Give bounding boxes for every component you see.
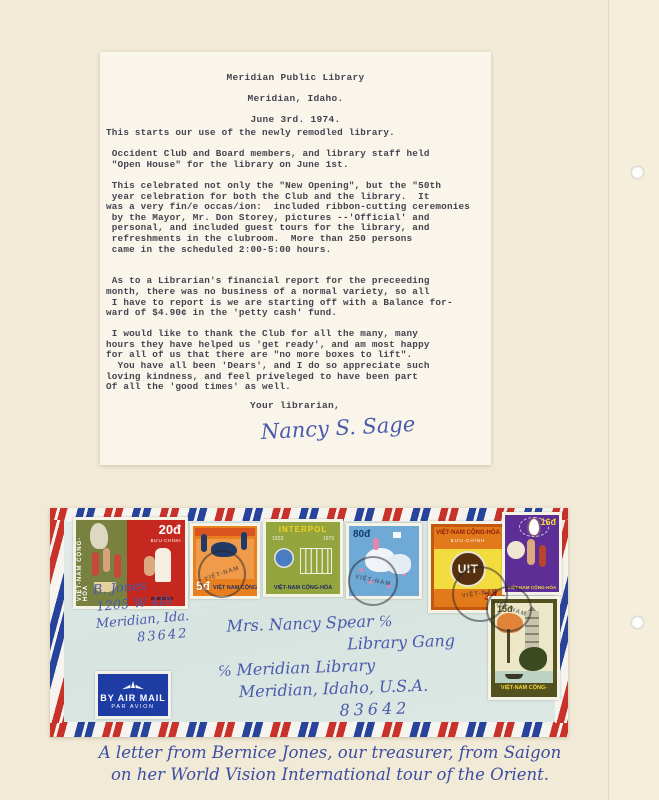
rider-icon <box>373 538 379 550</box>
caption-line-1: A letter from Bernice Jones, our treasur… <box>28 742 632 764</box>
airmail-border-left <box>50 520 64 723</box>
fan-icon <box>507 541 525 559</box>
stamp-interpol: INTERPOL 1923 1973 VIỆT-NAM CỘNG-HÒA <box>263 519 343 597</box>
globe-icon <box>274 548 294 568</box>
letter-location: Meridian, Idaho. <box>100 88 491 109</box>
letter-heading: Meridian Public Library Meridian, Idaho.… <box>100 67 491 130</box>
letter-organization: Meridian Public Library <box>100 67 491 88</box>
figure-icon <box>92 552 99 576</box>
letter-body: This starts our use of the newly remodle… <box>106 128 486 393</box>
stamp-years: 1923 1973 <box>266 536 340 542</box>
return-address: B. Jones 1205 W 4th Meridian, Ida. 83642 <box>92 574 191 650</box>
typed-letter: Meridian Public Library Meridian, Idaho.… <box>100 52 491 465</box>
hole-punch-top <box>631 166 644 179</box>
postmark-text: VIỆT-NAM <box>491 600 528 618</box>
signature: Nancy S. Sage <box>218 410 459 447</box>
par-avion-text: PAR AVION <box>111 704 154 710</box>
bush-icon <box>519 647 547 671</box>
smoke-icon <box>90 523 108 549</box>
figure-icon <box>103 548 110 572</box>
stamp-denomination: 80đ <box>353 529 370 540</box>
page-caption: A letter from Bernice Jones, our treasur… <box>28 742 632 786</box>
dancer-icon <box>527 539 535 565</box>
figure-icon <box>114 554 121 578</box>
stamp-denomination: 20đ <box>159 522 181 537</box>
stamp-service: BƯU-CHÍNH <box>434 538 502 543</box>
delivery-address: Mrs. Nancy Spear ℅ Library Gang ℅ Meridi… <box>208 608 458 727</box>
scrapbook-page: Meridian Public Library Meridian, Idaho.… <box>0 0 659 800</box>
hole-punch-bottom <box>631 616 644 629</box>
air-mail-label: BY AIR MAIL PAR AVION <box>95 671 171 719</box>
year-right: 1973 <box>323 536 334 542</box>
airmail-envelope: VIỆT-NAM CỘNG-HÒA 20đ BƯU-CHÍNH 5đ VIỆT … <box>50 508 568 737</box>
year-left: 1923 <box>272 536 283 542</box>
stamp-denomination: 16đ <box>540 517 556 527</box>
stamp-country: VIỆT-NAM CỘNG-HÒA <box>266 585 340 591</box>
building-icon <box>300 548 332 574</box>
dancer-icon <box>539 545 546 567</box>
postmark-text: VIỆT-NAM <box>354 574 391 587</box>
tree-icon <box>507 629 510 663</box>
return-address-line: 83642 <box>137 625 192 647</box>
caption-line-2: on her World Vision International tour o… <box>28 764 632 786</box>
water-icon <box>495 671 553 683</box>
air-mail-text: BY AIR MAIL <box>100 693 166 703</box>
postmark-text: VIỆT-NAM <box>204 565 241 582</box>
airmail-border-bottom <box>50 722 568 737</box>
flag-icon <box>393 532 401 538</box>
stamp-festival: 16đ VIỆT-NAM CỘNG-HÒA <box>502 512 562 595</box>
wings-icon <box>120 680 146 692</box>
farmer-icon <box>201 534 207 552</box>
address-line: Library Gang <box>347 630 456 656</box>
address-line: 83642 <box>339 696 458 722</box>
child-icon <box>144 556 155 576</box>
stamp-country: VIỆT-NAM CỘNG-HÒA <box>495 683 553 693</box>
boat-icon <box>505 674 523 679</box>
stamp-title: INTERPOL <box>266 525 340 534</box>
farmer-icon <box>241 532 247 550</box>
letter-closing: Your librarian, <box>250 400 340 411</box>
stamp-country: VIỆT-NAM CỘNG-HÒA <box>434 530 502 536</box>
flame-icon <box>529 519 539 535</box>
stamp-service: BƯU-CHÍNH <box>151 538 181 543</box>
stamp-country: VIỆT-NAM CỘNG-HÒA <box>77 522 89 601</box>
page-edge <box>608 0 659 800</box>
